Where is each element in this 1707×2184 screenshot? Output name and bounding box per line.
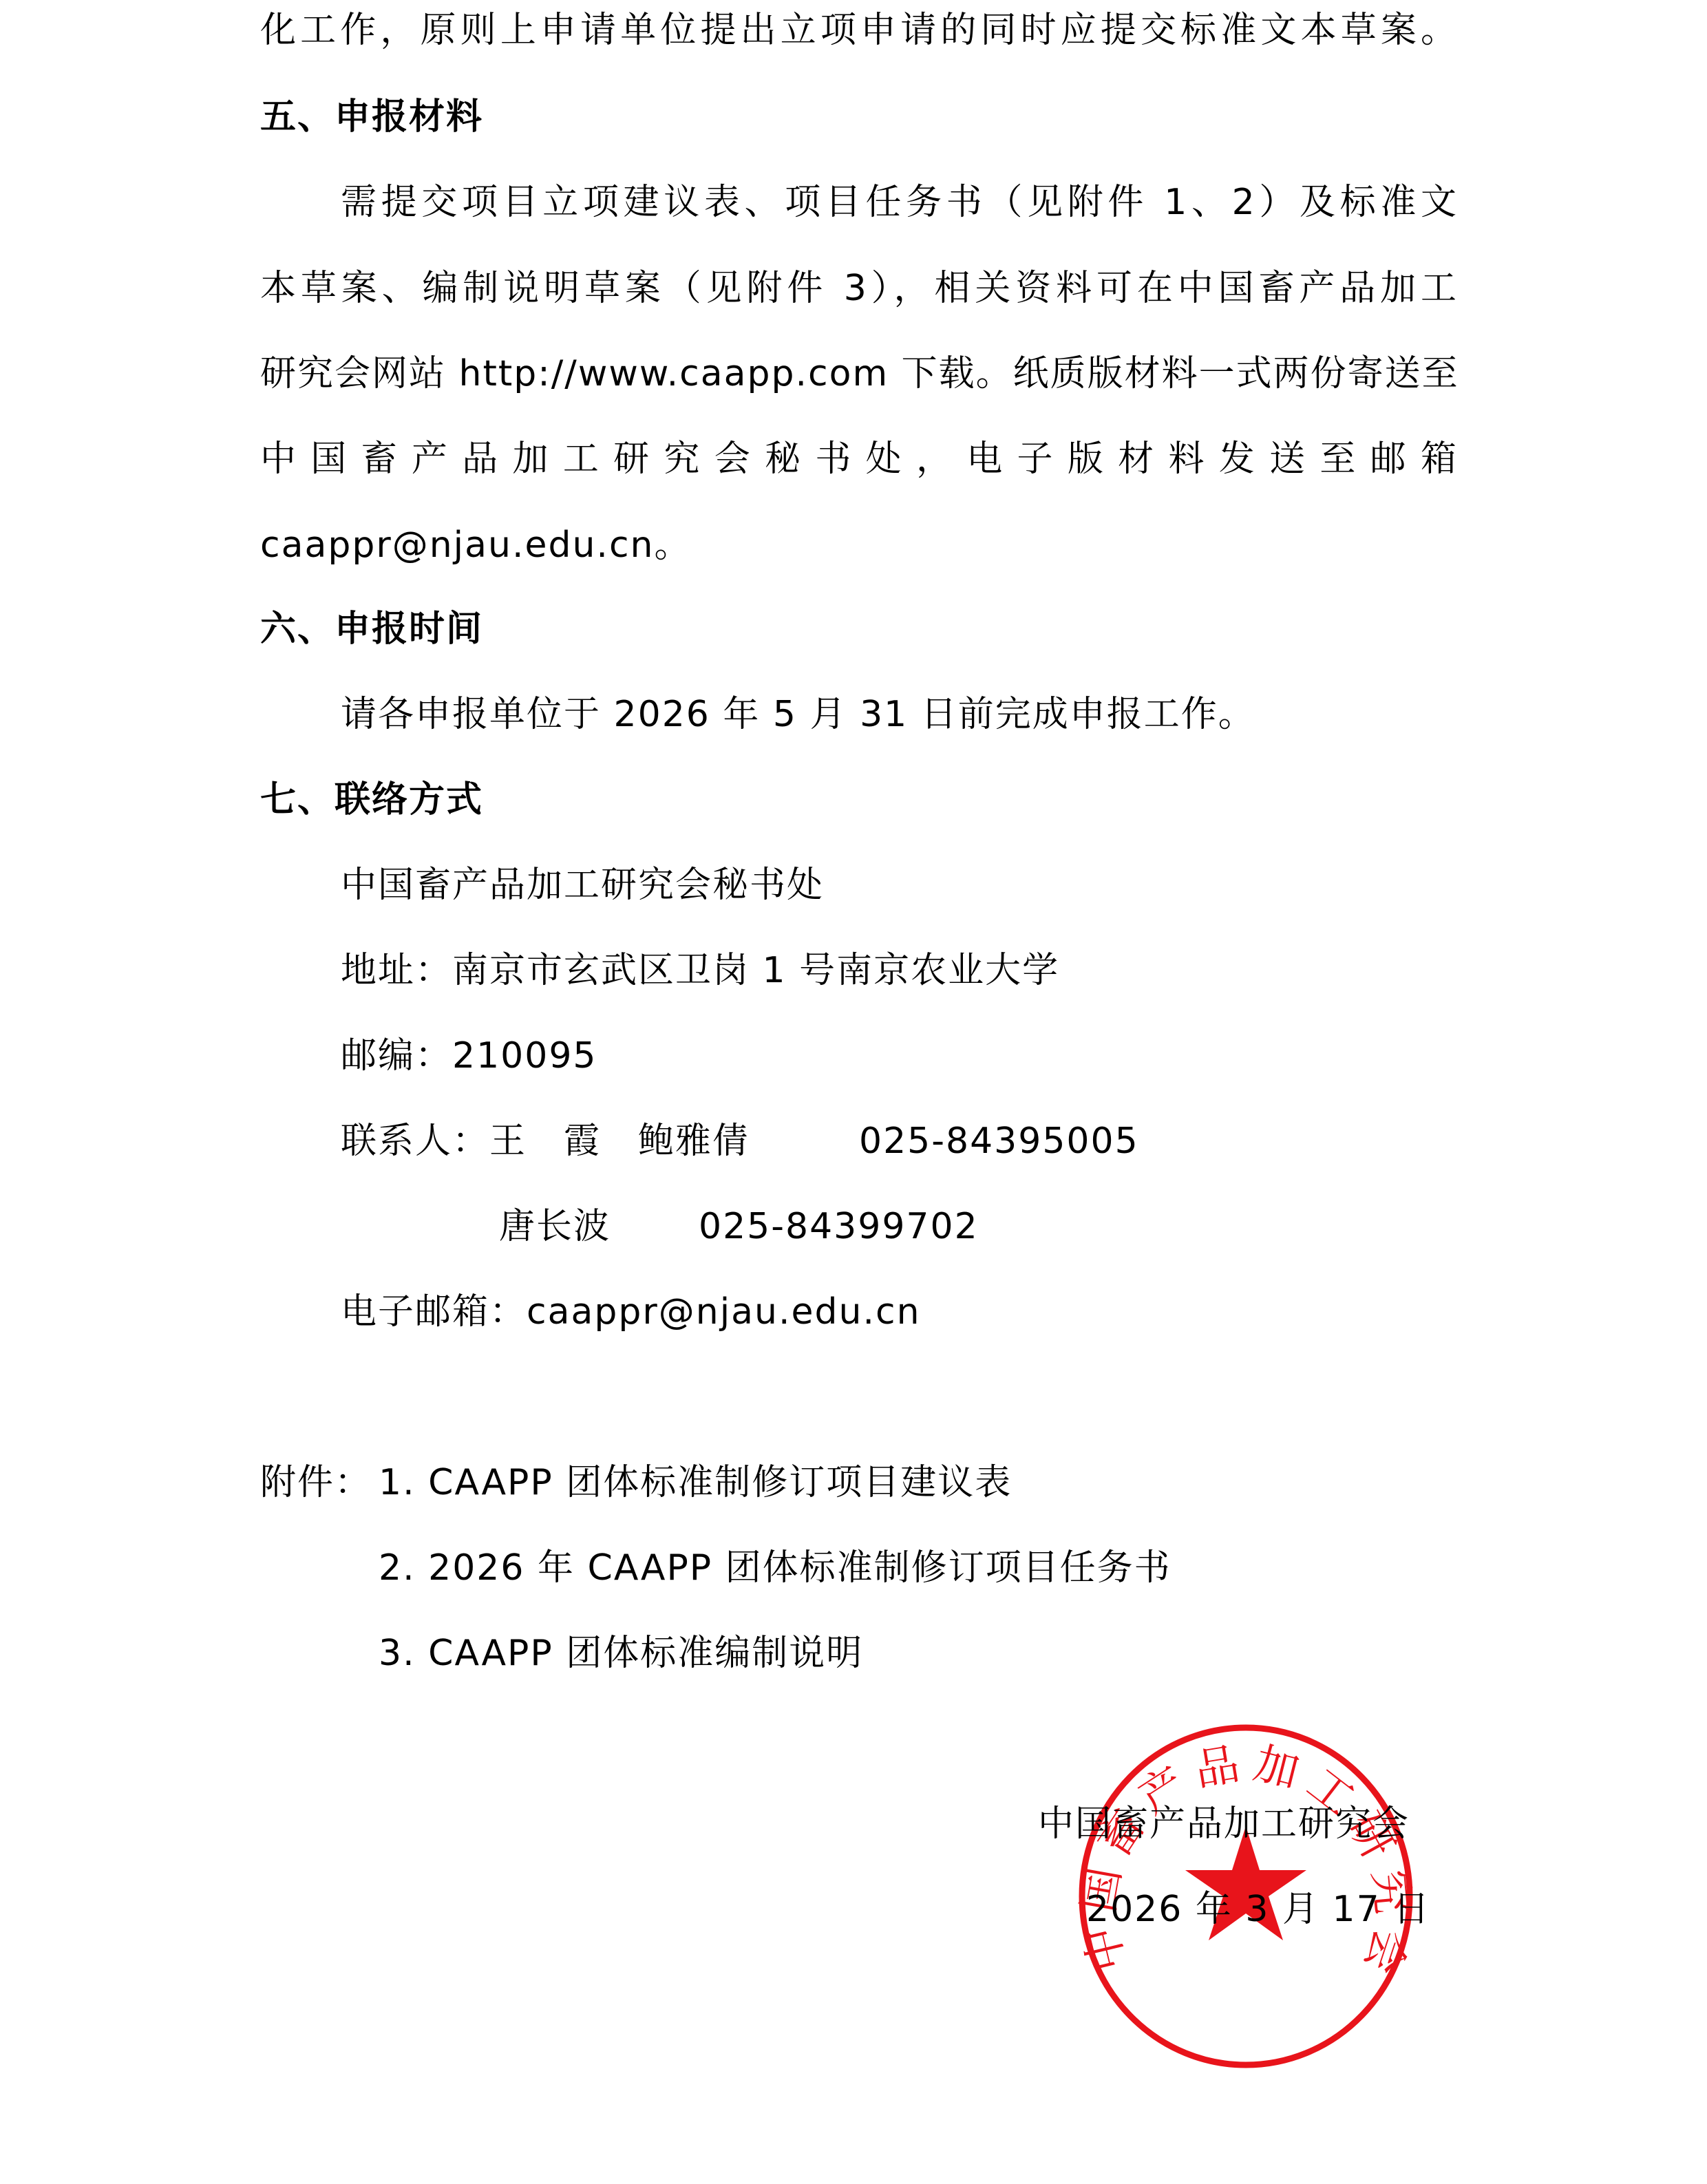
contact1-phone: 025-84395005 (859, 1119, 1139, 1163)
signature-org: 中国畜产品加工研究会 (1038, 1802, 1410, 1846)
attachment-item-1: 1. CAAPP 团体标准制修订项目建议表 (379, 1461, 1012, 1505)
contacts-label: 联系人： (341, 1121, 489, 1162)
section-heading-deadline: 六、申报时间 (260, 607, 483, 651)
section-heading-contact: 七、联络方式 (260, 778, 483, 822)
paragraph-line: 研究会网站 http://www.caapp.com 下载。纸质版材料一式两份寄… (260, 352, 1458, 396)
seal-ring-text: 中国畜产品加工研究会 (1074, 1737, 1418, 1989)
paragraph-line: 需提交项目立项建议表、项目任务书（见附件 1、2）及标准文 (341, 180, 1458, 224)
contact-email: 电子邮箱：caappr@njau.edu.cn (341, 1290, 921, 1334)
contact-org: 中国畜产品加工研究会秘书处 (341, 863, 824, 907)
email-link[interactable]: caappr@njau.edu.cn (527, 1291, 921, 1333)
deadline-text: 请各申报单位于 2026 年 5 月 31 日前完成申报工作。 (341, 692, 1255, 736)
postcode-value: 210095 (452, 1035, 597, 1077)
contact2-name: 唐长波 (499, 1205, 611, 1249)
address-value: 南京市玄武区卫岗 1 号南京农业大学 (452, 950, 1059, 991)
address-label: 地址： (341, 950, 452, 991)
contact2-phone: 025-84399702 (699, 1205, 979, 1249)
continuation-line: 化工作，原则上申请单位提出立项申请的同时应提交标准文本草案。 (260, 8, 1458, 52)
paragraph-line: 中国畜产品加工研究会秘书处，电子版材料发送至邮箱 (260, 437, 1458, 481)
postcode-label: 邮编： (341, 1035, 452, 1077)
contact1-names: 王 霞 鲍雅倩 (489, 1121, 750, 1162)
section-heading-materials: 五、申报材料 (260, 95, 483, 139)
email-label: 电子邮箱： (341, 1291, 527, 1333)
attachments-label: 附件： (260, 1461, 372, 1505)
email-inline-link[interactable]: caappr@njau.edu.cn。 (260, 523, 692, 567)
svg-text:中国畜产品加工研究会: 中国畜产品加工研究会 (1074, 1737, 1418, 1989)
attachment-item-2: 2. 2026 年 CAAPP 团体标准制修订项目任务书 (379, 1546, 1171, 1590)
paragraph-line: 本草案、编制说明草案（见附件 3），相关资料可在中国畜产品加工 (260, 266, 1458, 310)
attachment-item-3: 3. CAAPP 团体标准编制说明 (379, 1631, 863, 1675)
contact-address: 地址：南京市玄武区卫岗 1 号南京农业大学 (341, 948, 1059, 993)
contact-postcode: 邮编：210095 (341, 1034, 597, 1078)
signature-date: 2026 年 3 月 17 日 (1086, 1887, 1430, 1931)
contact-person-1: 联系人：王 霞 鲍雅倩 (341, 1119, 750, 1163)
